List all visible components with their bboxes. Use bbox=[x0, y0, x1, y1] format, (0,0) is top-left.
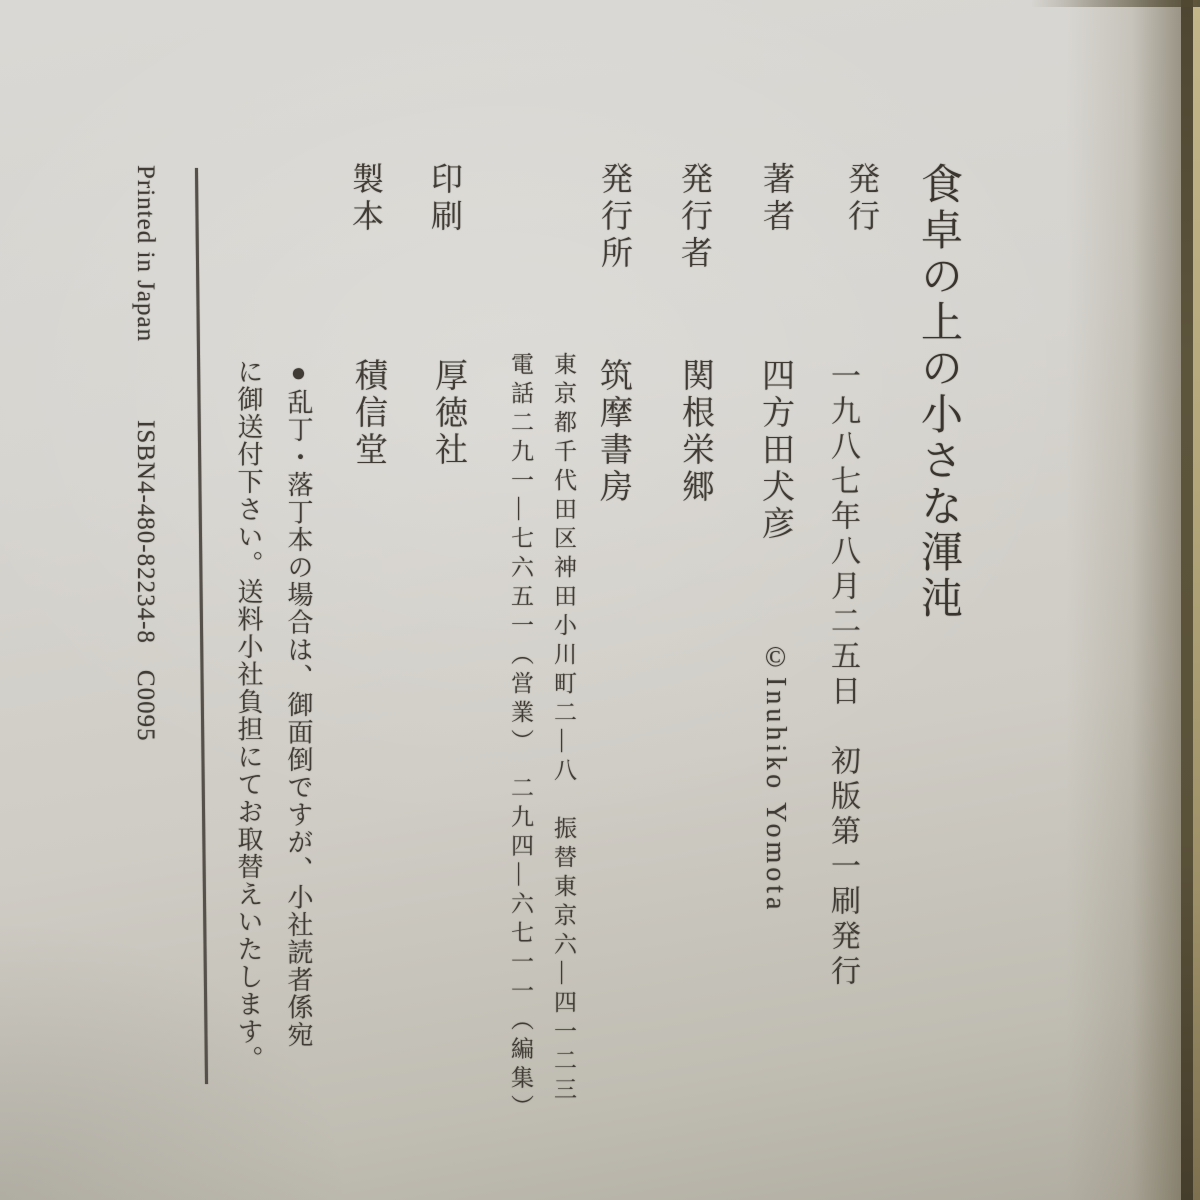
publisher-person-name: 関根栄郷 bbox=[678, 358, 711, 506]
binder-label: 製本 bbox=[350, 162, 382, 236]
publishing-house-label: 発行所 bbox=[599, 162, 631, 273]
book-colophon-photo: 食卓の上の小さな渾沌 発行 一九八七年八月二五日 初版第一刷発行 著者 四方田犬… bbox=[0, 0, 1200, 1200]
column-divider-rule bbox=[195, 168, 208, 1084]
publication-date: 一九八七年八月二五日 初版第一刷発行 bbox=[827, 360, 857, 990]
publishing-house-name: 筑摩書房 bbox=[596, 358, 629, 506]
author-name: 四方田犬彦 bbox=[758, 358, 791, 543]
book-title: 食卓の上の小さな渾沌 bbox=[917, 162, 959, 622]
publisher-address: 東京都千代田区神田小川町二―八 振替東京六―四一二三 bbox=[552, 352, 575, 1106]
isbn-code: ISBN4-480-82234-8 C0095 bbox=[133, 420, 158, 742]
printer-name: 厚徳社 bbox=[431, 358, 464, 469]
return-notice: ●乱丁・落丁本の場合は、御面倒ですが、小社読者係宛に御送付下さい。送料小社負担に… bbox=[223, 358, 323, 1075]
page-curve-shadow bbox=[1066, 0, 1186, 1200]
printed-in-japan: Printed in Japan bbox=[133, 165, 158, 342]
publication-label: 発行 bbox=[846, 162, 878, 236]
adjacent-page-edge bbox=[1193, 0, 1200, 1200]
author-copyright: ©Inuhiko Yomota bbox=[761, 642, 789, 913]
page-gutter bbox=[1181, 0, 1193, 1200]
author-label: 著者 bbox=[761, 162, 793, 236]
top-edge-shadow bbox=[1030, 0, 1200, 7]
publisher-person-label: 発行者 bbox=[679, 162, 711, 273]
binder-name: 積信堂 bbox=[351, 358, 384, 469]
printer-label: 印刷 bbox=[429, 162, 461, 236]
publisher-phone: 電話二九一―七六五一（営業） 二九四―六七一一（編集） bbox=[509, 352, 532, 1124]
